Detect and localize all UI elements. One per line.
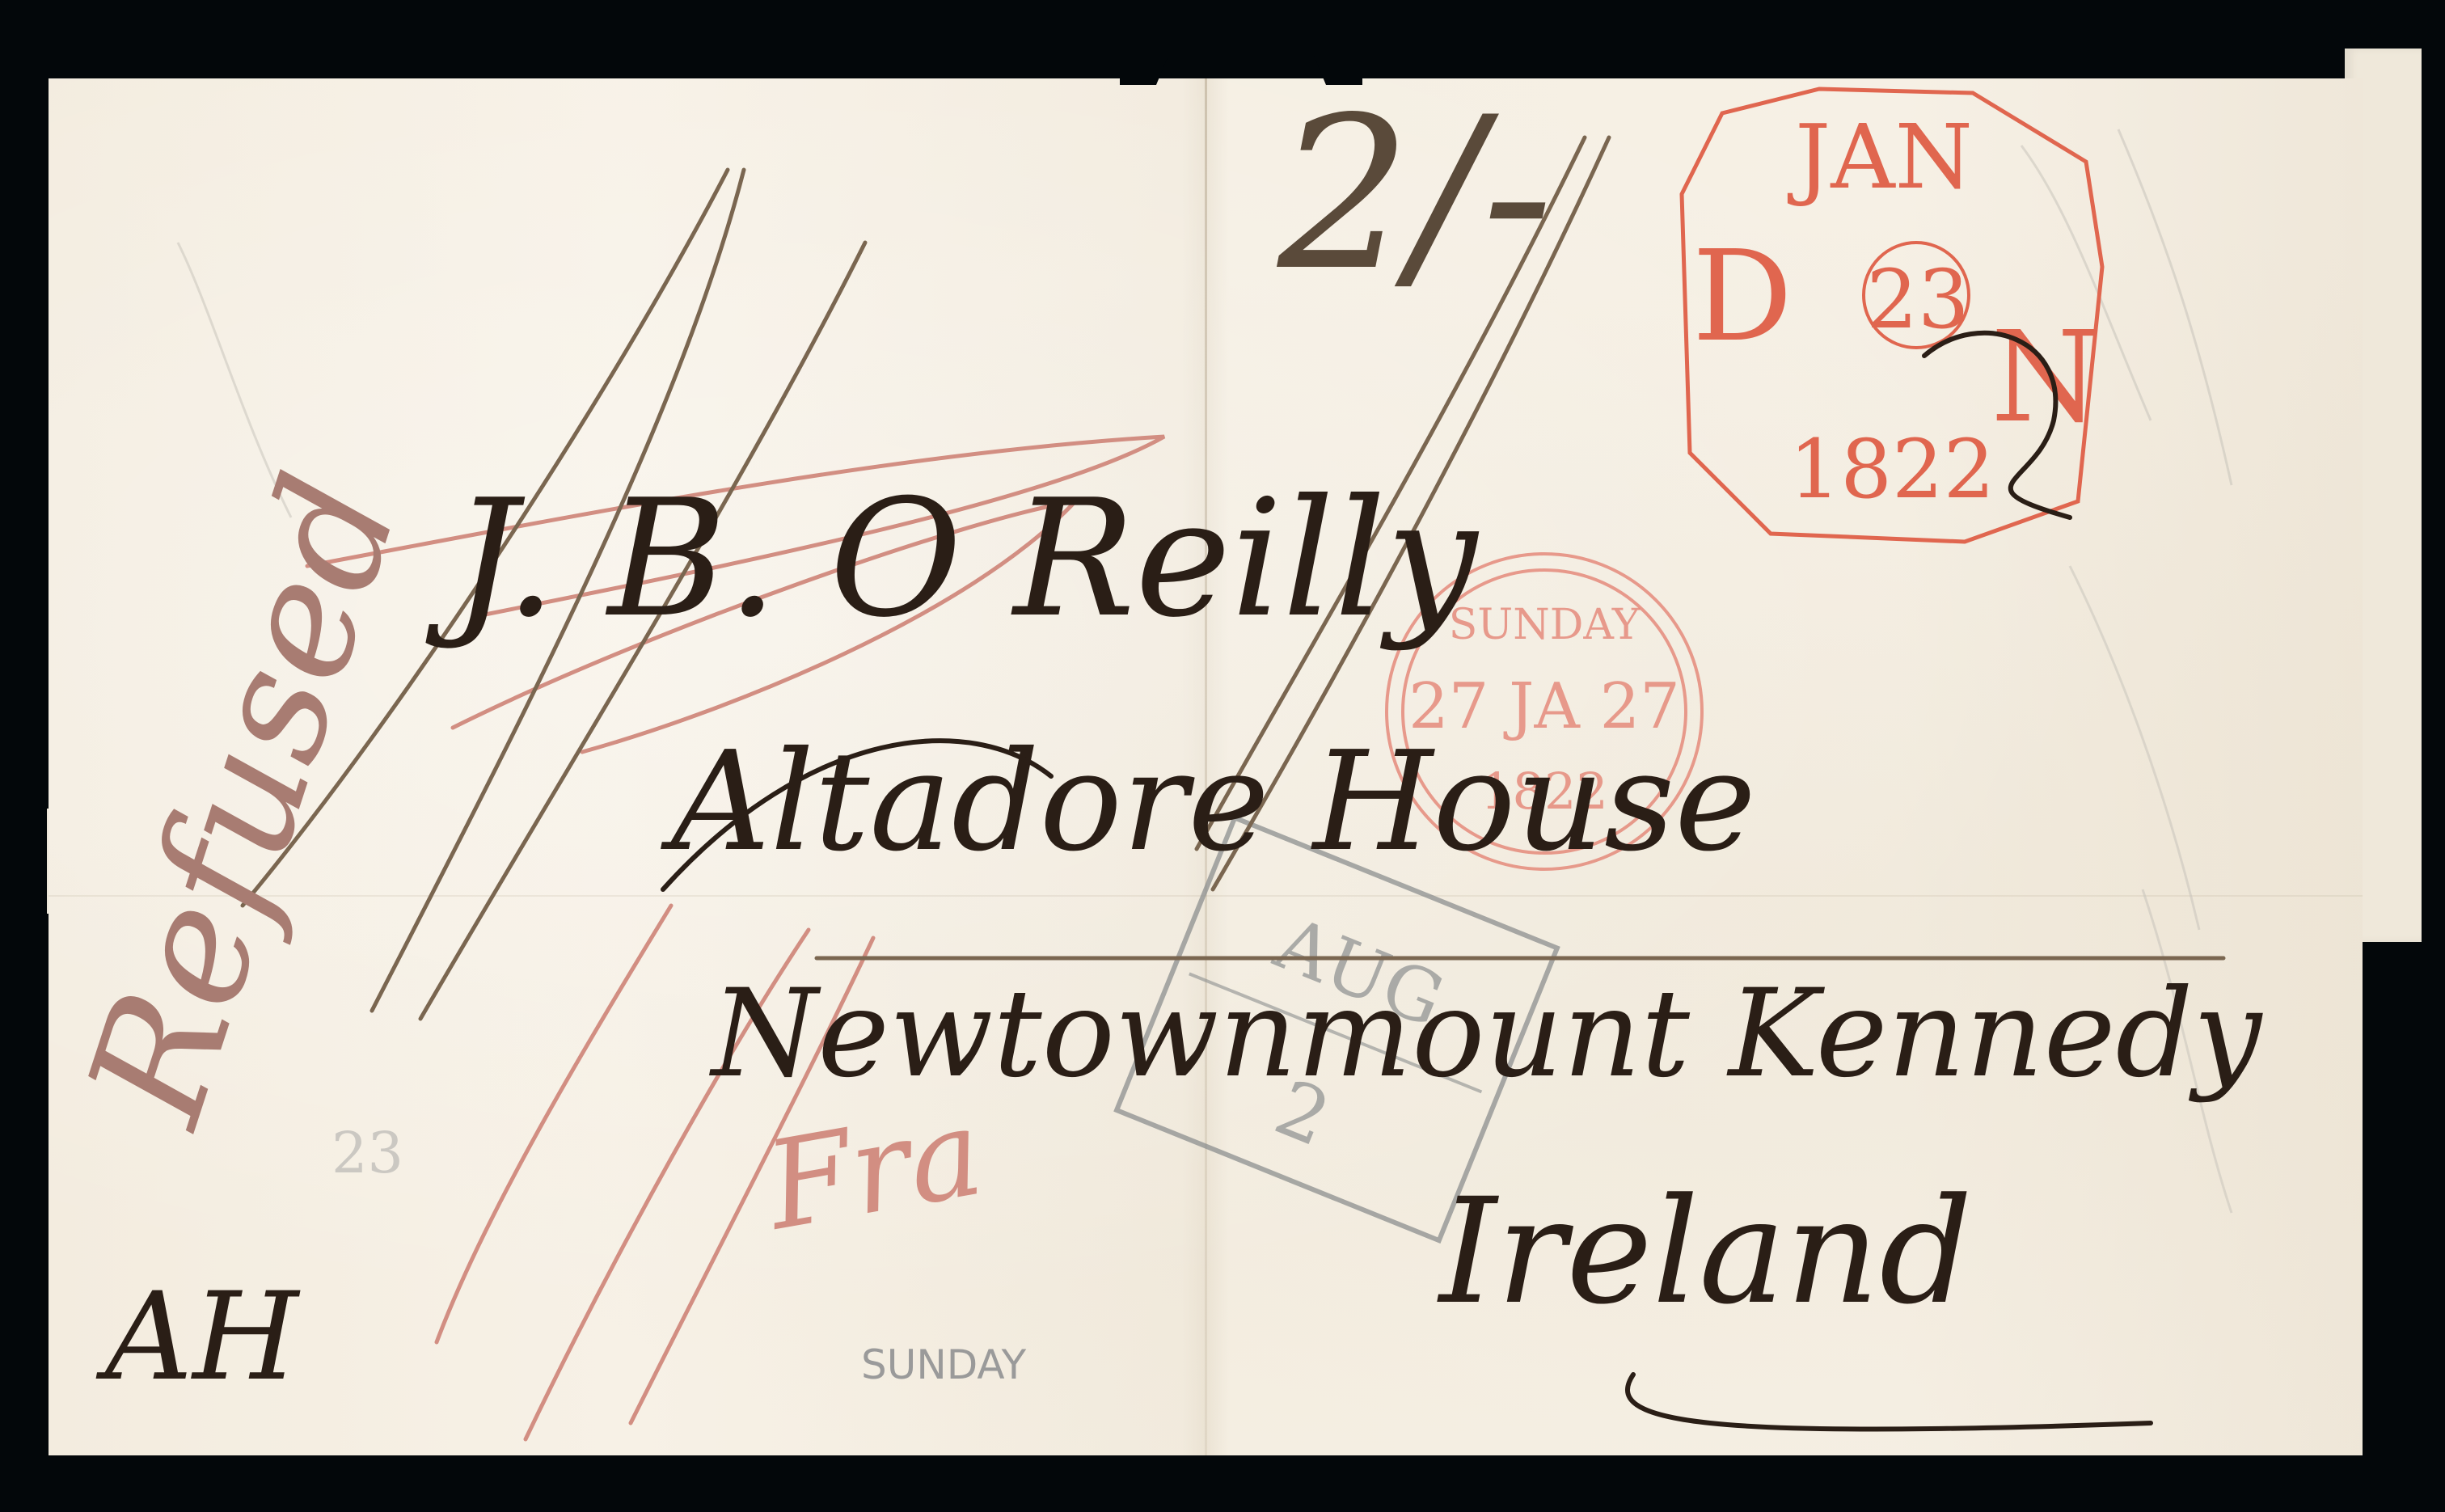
pencil-sunday-note: SUNDAY <box>861 1341 1027 1388</box>
address-line-4: Ireland <box>1437 1168 1973 1337</box>
address-line-2: Altadore House <box>661 722 1756 882</box>
markings-layer: JAN D 23 N 1822 SUNDAY 27 JA 27 1822 AUG… <box>0 0 2445 1512</box>
svg-text:1822: 1822 <box>1789 422 1995 517</box>
svg-text:23: 23 <box>1866 252 1969 347</box>
svg-text:SUNDAY: SUNDAY <box>1449 601 1641 649</box>
svg-text:N: N <box>1991 304 2101 450</box>
refused-vertical-note: Refused <box>51 454 436 1147</box>
initials-ah: AH <box>95 1267 301 1408</box>
address-line-3: Newtownmount Kennedy <box>709 964 2264 1104</box>
address-block: J. B. O Reilly Altadore House Newtownmou… <box>425 465 2264 1337</box>
faint-number-23: 23 <box>331 1120 403 1186</box>
rate-top-manuscript: 2/- <box>1274 73 1553 317</box>
svg-text:JAN: JAN <box>1787 105 1973 209</box>
svg-text:D: D <box>1692 223 1793 370</box>
address-line-1: J. B. O Reilly <box>425 465 1480 653</box>
